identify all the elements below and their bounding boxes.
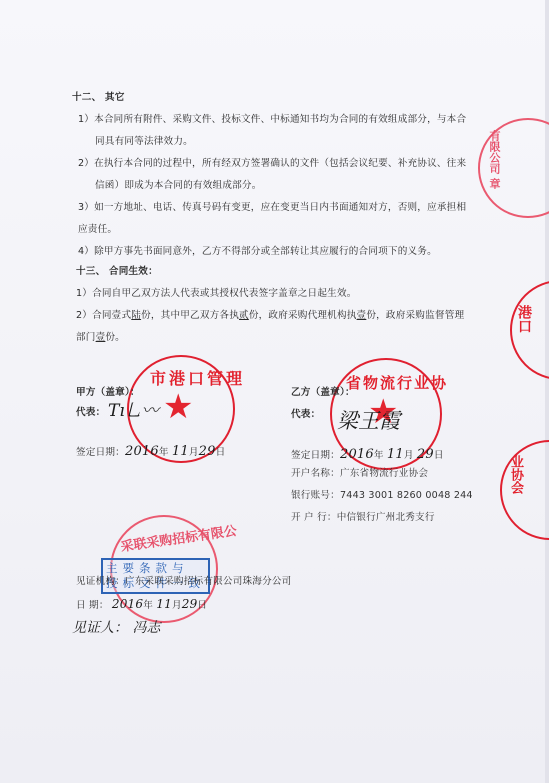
section-12-heading: 十二、 其它	[72, 89, 125, 103]
party-b-date: 签定日期：2016年 11月 29日	[291, 447, 444, 462]
date-year: 2016	[112, 597, 143, 611]
party-b-seal-text: 省物流行业协	[346, 372, 448, 393]
unit-day: 日	[216, 447, 226, 458]
bank-label: 开 户 行：	[291, 512, 337, 523]
unit-year: 年	[143, 600, 153, 611]
unit-year: 年	[159, 447, 169, 458]
copies-parties: 贰	[239, 310, 249, 321]
unit-month: 月	[172, 600, 182, 611]
date-day: 29	[417, 447, 434, 462]
copies-agency: 壹	[357, 310, 367, 321]
item-2-text: 2）合同壹式	[76, 310, 131, 321]
date-label: 签定日期：	[291, 450, 340, 461]
witness-org-label: 见证机构：	[76, 576, 125, 587]
item-2-text: 份，政府采购监督管理	[366, 310, 464, 321]
bank: 开 户 行：中信银行广州北秀支行	[291, 509, 435, 523]
section-12-item-3: 3）如一方地址、电话、传真号码有变更，应在变更当日内书面通知对方，否则，应承担相	[78, 199, 466, 213]
section-13-item-2: 2）合同壹式陆份，其中甲乙双方各执贰份，政府采购代理机构执壹份，政府采购监督管理	[76, 307, 464, 321]
party-b-label: 乙方（盖章）：	[291, 384, 355, 398]
witness-signature: 冯志	[132, 620, 160, 636]
party-a-rep-label: 代表：	[76, 404, 105, 418]
item-2-text: 份。	[105, 332, 125, 343]
bank-value: 中信银行广州北秀支行	[337, 512, 435, 523]
date-day: 29	[199, 444, 216, 459]
witness-signer: 见证人： 冯志	[72, 617, 160, 637]
witness-date: 日 期： 2016年 11月29日	[76, 597, 207, 611]
party-a-date: 签定日期：2016年 11月29日	[76, 444, 225, 459]
witness-signer-label: 见证人：	[72, 620, 128, 636]
copies-total: 陆	[131, 310, 141, 321]
section-13-item-1: 1）合同自甲乙双方法人代表或其授权代表签字盖章之日起生效。	[76, 285, 357, 299]
party-a-seal-text: 市港口管理	[150, 366, 245, 389]
date-day: 29	[182, 597, 198, 611]
page-edge	[545, 0, 549, 783]
party-b-rep-label: 代表：	[291, 406, 320, 420]
date-year: 2016	[125, 444, 159, 459]
unit-year: 年	[374, 450, 384, 461]
date-label: 日 期：	[76, 600, 109, 611]
section-12-item-3-cont: 应责任。	[78, 221, 117, 235]
document-page: 十二、 其它 1）本合同所有附件、采购文件、投标文件、中标通知书均为合同的有效组…	[0, 0, 549, 783]
unit-month: 月	[189, 447, 199, 458]
edge-seal-bottom-text: 业协会	[506, 455, 525, 494]
account-number-value: 7443 3001 8260 0048 244	[340, 490, 473, 501]
unit-day: 日	[197, 600, 207, 611]
account-name-value: 广东省物流行业协会	[340, 468, 428, 479]
party-b-signature: 梁王霞	[337, 405, 400, 435]
section-12-item-1-cont: 同具有同等法律效力。	[95, 133, 193, 147]
account-number-label: 银行账号：	[291, 490, 340, 501]
account-number: 银行账号：7443 3001 8260 0048 244	[291, 487, 473, 501]
unit-day: 日	[434, 450, 444, 461]
date-month: 11	[172, 444, 189, 459]
account-name: 开户名称：广东省物流行业协会	[291, 465, 428, 479]
witness-org: 见证机构：广东采联采购招标有限公司珠海分公司	[76, 573, 291, 587]
section-12-item-4: 4）除甲方事先书面同意外，乙方不得部分或全部转让其应履行的合同项下的义务。	[78, 243, 437, 257]
section-13-item-2-cont: 部门壹份。	[76, 329, 125, 343]
date-month: 11	[156, 597, 172, 611]
item-2-text: 份，政府采购代理机构执	[249, 310, 357, 321]
witness-org-value: 广东采联采购招标有限公司珠海分公司	[125, 576, 292, 587]
section-12-item-2-cont: 信函）即成为本合同的有效组成部分。	[95, 177, 262, 191]
item-2-text: 部门	[76, 332, 96, 343]
section-12-item-1: 1）本合同所有附件、采购文件、投标文件、中标通知书均为合同的有效组成部分，与本合	[78, 111, 466, 125]
party-a-seal-star-icon: ★	[163, 390, 193, 424]
date-year: 2016	[340, 447, 374, 462]
date-label: 签定日期：	[76, 447, 125, 458]
date-month: 11	[387, 447, 404, 462]
party-a-signature: Tı乚〰	[108, 396, 159, 421]
edge-seal-middle-text: 港口	[514, 305, 534, 333]
account-name-label: 开户名称：	[291, 468, 340, 479]
item-2-text: 份，其中甲乙双方各执	[141, 310, 239, 321]
section-13-heading: 十三、 合同生效：	[76, 263, 158, 277]
edge-seal-top-text: 有限公司 章	[486, 130, 502, 189]
section-12-item-2: 2）在执行本合同的过程中，所有经双方签署确认的文件（包括会议纪要、补充协议、往来	[78, 155, 466, 169]
unit-month: 月	[404, 450, 414, 461]
copies-supervision: 壹	[96, 332, 106, 343]
